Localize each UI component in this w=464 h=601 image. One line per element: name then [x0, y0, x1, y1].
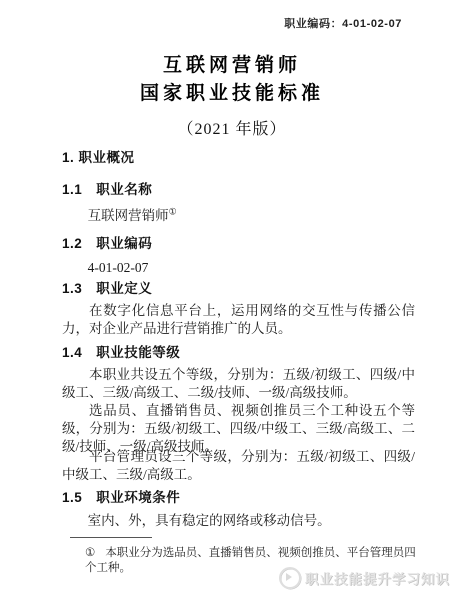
footnote-ref-mark: ① — [169, 207, 177, 217]
occupation-code-value: 4-01-02-07 — [62, 259, 415, 277]
heading-1-5: 1.5 职业环境条件 — [62, 488, 415, 507]
document-page: 职业编码：4-01-02-07 互联网营销师 国家职业技能标准 （2021 年版… — [0, 0, 464, 601]
skill-levels-paragraph-1: 本职业共设五个等级，分别为：五级/初级工、四级/中级工、三级/高级工、二级/技师… — [62, 366, 415, 402]
heading-1-3: 1.3 职业定义 — [62, 279, 415, 298]
footnote-mark: ① — [85, 547, 95, 559]
watermark-text: 职业技能提升学习知识 — [305, 568, 450, 588]
edition-year: （2021 年版） — [0, 116, 464, 139]
title-block: 互联网营销师 国家职业技能标准 （2021 年版） — [0, 52, 464, 139]
occupation-name: 互联网营销师① — [62, 207, 415, 225]
occupation-code: 职业编码：4-01-02-07 — [284, 15, 402, 31]
document-title-line1: 互联网营销师 — [0, 52, 464, 80]
heading-1: 1. 职业概况 — [62, 148, 415, 167]
document-body: 1. 职业概况 1.1 职业名称 互联网营销师① 1.2 职业编码 4-01-0… — [62, 142, 415, 601]
footnote-divider — [70, 537, 152, 538]
heading-1-4: 1.4 职业技能等级 — [62, 343, 415, 362]
occupation-name-text: 互联网营销师 — [88, 208, 169, 223]
document-title-line2: 国家职业技能标准 — [0, 80, 464, 108]
heading-1-1: 1.1 职业名称 — [62, 180, 415, 199]
environment-text: 室内、外，具有稳定的网络或移动信号。 — [62, 512, 415, 530]
play-badge-icon — [279, 567, 301, 589]
watermark: 职业技能提升学习知识 — [279, 567, 450, 589]
definition-paragraph: 在数字化信息平台上，运用网络的交互性与传播公信力，对企业产品进行营销推广的人员。 — [62, 302, 415, 338]
skill-levels-paragraph-3: 平台管理员设三个等级，分别为：五级/初级工、四级/中级工、三级/高级工。 — [62, 448, 415, 484]
heading-1-2: 1.2 职业编码 — [62, 234, 415, 253]
